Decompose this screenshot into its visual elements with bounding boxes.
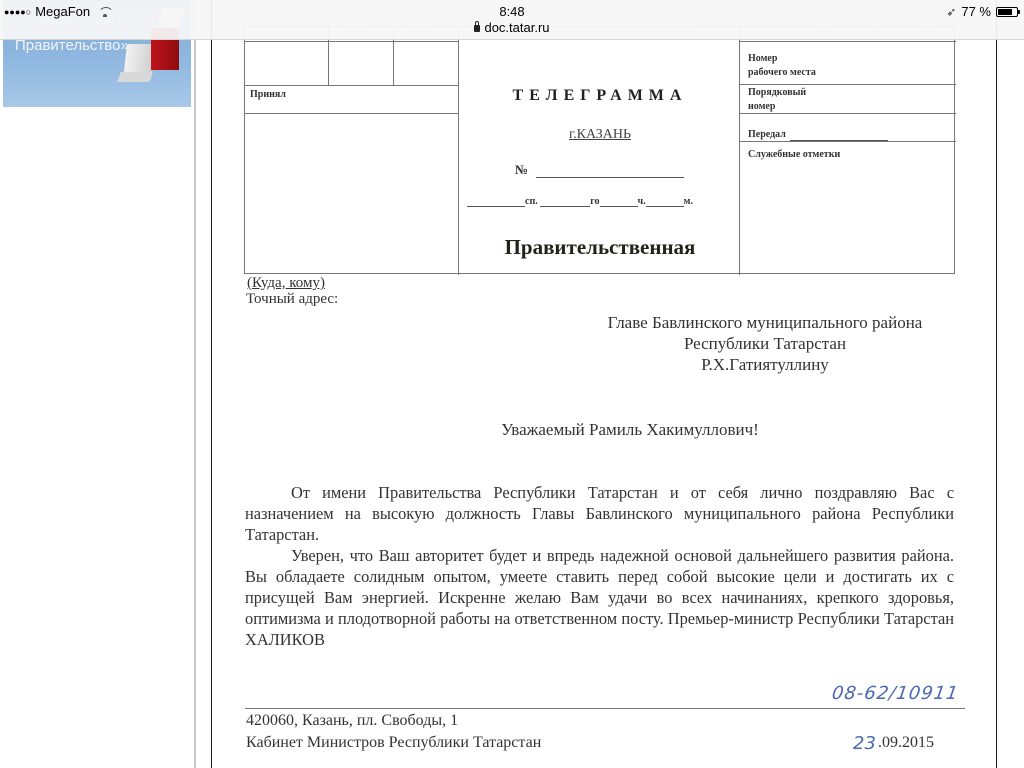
battery-fill bbox=[998, 9, 1012, 15]
footer-address: 420060, Казань, пл. Свободы, 1 Кабинет М… bbox=[246, 710, 541, 754]
greeting: Уважаемый Рамиль Хакимуллович! bbox=[380, 420, 880, 440]
number-blank bbox=[536, 166, 684, 178]
where-whom-label: (Куда, кому) bbox=[247, 275, 325, 292]
workplace-label-2: рабочего места bbox=[748, 66, 816, 79]
label-sp: сп. bbox=[525, 196, 538, 207]
label-m: м. bbox=[684, 196, 693, 207]
divider bbox=[739, 141, 956, 142]
label-ch: ч. bbox=[638, 196, 646, 207]
sidebar: «Электронное Правительство» bbox=[0, 0, 196, 768]
service-marks-label: Служебные отметки bbox=[748, 148, 840, 161]
telegram-city: г.КАЗАНЬ bbox=[459, 127, 741, 143]
ios-status-bar: ●●●●○ MegaFon 8:48 doc.tatar.ru ➶ 77 % bbox=[0, 0, 1024, 40]
kiosk-base-icon bbox=[117, 72, 153, 82]
footer-rule bbox=[245, 708, 965, 709]
workplace-label-1: Номер bbox=[748, 52, 777, 65]
telegram-title: ТЕЛЕГРАММА bbox=[459, 87, 741, 105]
exact-address-label: Точный адрес: bbox=[246, 291, 338, 308]
transmitted-label: Передал bbox=[748, 129, 786, 140]
blank bbox=[646, 197, 684, 207]
document-page-edge-left bbox=[211, 0, 212, 768]
handwritten-reg-number: 08-62/10911 bbox=[831, 683, 961, 704]
clock: 8:48 bbox=[0, 4, 1024, 19]
divider bbox=[245, 113, 458, 114]
number-sign: № bbox=[515, 162, 528, 177]
label-go: го bbox=[590, 196, 599, 207]
divider bbox=[245, 41, 458, 42]
paragraph-1: От имени Правительства Республики Татарс… bbox=[245, 482, 954, 545]
city-name: г.КАЗАНЬ bbox=[569, 127, 631, 142]
telegram-number-field: № bbox=[515, 162, 684, 178]
blank bbox=[467, 197, 525, 207]
serial-label-1: Порядковый bbox=[748, 86, 806, 99]
divider bbox=[245, 85, 458, 86]
transmitted-field: Передал bbox=[748, 128, 888, 141]
divider bbox=[739, 113, 956, 114]
received-label: Принял bbox=[250, 88, 286, 101]
status-right: ➶ 77 % bbox=[946, 4, 1018, 19]
paragraph-2: Уверен, что Ваш авторитет будет и впредь… bbox=[245, 545, 954, 650]
telegram-time-fields: сп. гоч.м. bbox=[467, 196, 693, 207]
transmitted-blank bbox=[790, 131, 888, 141]
telegram-type: Правительственная bbox=[459, 235, 741, 260]
divider bbox=[739, 84, 956, 85]
date-month-year: .09.2015 bbox=[878, 734, 934, 752]
blank bbox=[600, 197, 638, 207]
recipient-line-1: Главе Бавлинского муниципального района bbox=[560, 312, 970, 333]
url-text: doc.tatar.ru bbox=[484, 20, 549, 35]
location-arrow-icon: ➶ bbox=[946, 5, 956, 19]
document-page-edge-right bbox=[996, 0, 997, 768]
recipient-block: Главе Бавлинского муниципального района … bbox=[560, 312, 970, 375]
organization-name: Кабинет Министров Республики Татарстан bbox=[246, 732, 541, 754]
divider bbox=[739, 41, 956, 42]
recipient-line-2: Республики Татарстан bbox=[560, 333, 970, 354]
telegram-form: Принял Номер рабочего места Порядковый н… bbox=[244, 26, 955, 274]
letter-body: От имени Правительства Республики Татарс… bbox=[245, 482, 954, 650]
serial-label-2: номер bbox=[748, 100, 775, 113]
battery-percent: 77 % bbox=[961, 4, 991, 19]
handwritten-date-day: 23 bbox=[853, 733, 876, 754]
address-bar[interactable]: doc.tatar.ru bbox=[0, 20, 1024, 35]
blank bbox=[540, 197, 590, 207]
battery-icon bbox=[996, 7, 1018, 17]
lock-icon bbox=[474, 25, 480, 32]
postal-address: 420060, Казань, пл. Свободы, 1 bbox=[246, 710, 541, 732]
recipient-line-3: Р.Х.Гатиятуллину bbox=[560, 354, 970, 375]
